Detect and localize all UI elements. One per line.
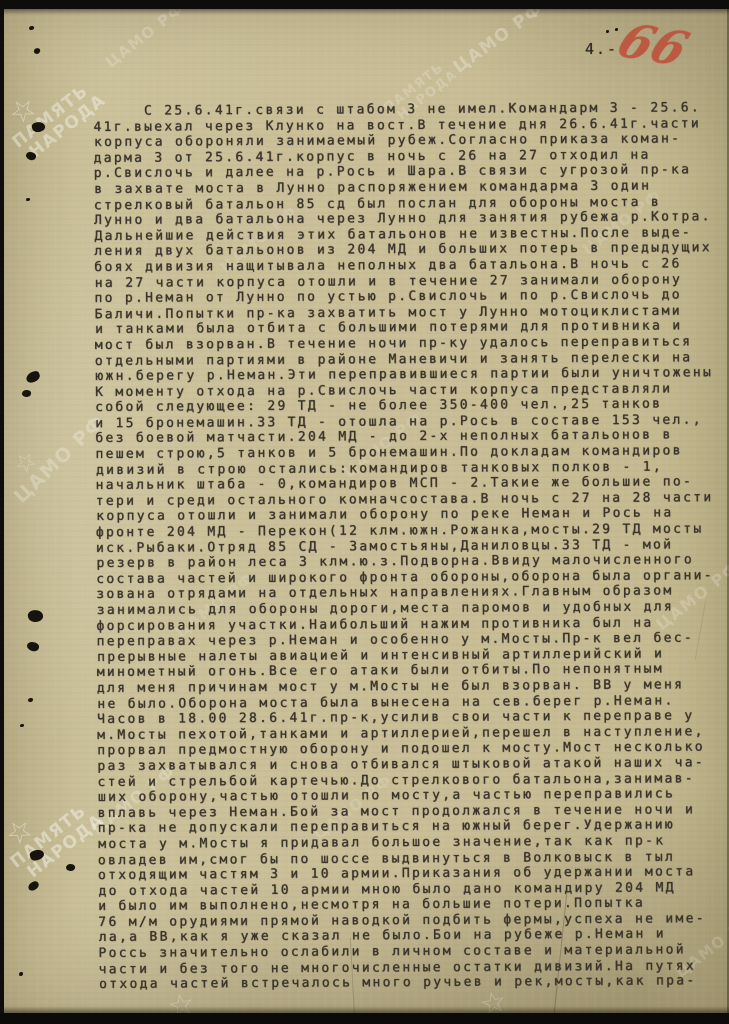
scan-edge-left (0, 0, 4, 1024)
scanned-document-page: { "page": { "typed_page_number": "4.-", … (0, 0, 729, 1024)
scan-edge-bottom (0, 1013, 729, 1024)
typed-report-text: С 25.6.41г.связи с штабом 3 не имел.Кома… (93, 100, 729, 993)
scan-edge-top (0, 0, 729, 9)
